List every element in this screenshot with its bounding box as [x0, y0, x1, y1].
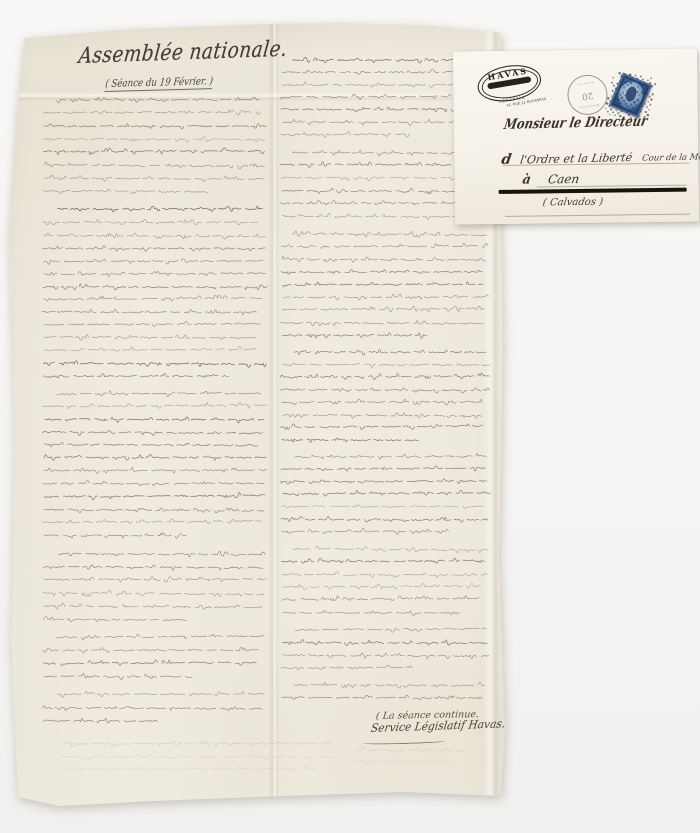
- letter-sheet: Assemblée nationale. ( Séance du 19 Févr…: [4, 18, 514, 814]
- address-department: ( Calvados ): [542, 197, 604, 209]
- printed-heavy-rule: [499, 188, 687, 194]
- postmark-date-text: 20: [581, 90, 594, 102]
- address-line2: à Caen: [521, 168, 581, 188]
- handwriting-text-columns: [4, 18, 514, 814]
- blue-postage-stamp: [609, 72, 653, 118]
- letter-paper: Assemblée nationale. ( Séance du 19 Févr…: [4, 18, 514, 814]
- havas-banner: CORRESPONDANCE: [487, 76, 531, 89]
- address-recipient: Monsieur le Directeur: [503, 114, 649, 133]
- photo-background: Assemblée nationale. ( Séance du 19 Févr…: [0, 0, 700, 833]
- havas-banner-label: CORRESPONDANCE: [511, 86, 532, 89]
- havas-street-text: 51, RUE J.J. ROUSSEAU: [506, 96, 546, 106]
- havas-name-label: HAVAS: [476, 64, 539, 84]
- address-city: Caen: [547, 172, 580, 186]
- circular-date-postmark: 20: [565, 72, 611, 118]
- envelope: HAVAS CORRESPONDANCE GÉNÉRALE 51, RUE J.…: [453, 49, 699, 225]
- havas-agency-oval-stamp: HAVAS CORRESPONDANCE GÉNÉRALE 51, RUE J.…: [475, 61, 544, 106]
- address-line2-prefix: à: [521, 173, 532, 188]
- printed-rule-3: [505, 214, 690, 217]
- havas-street-label: 51, RUE J.J. ROUSSEAU: [480, 86, 544, 115]
